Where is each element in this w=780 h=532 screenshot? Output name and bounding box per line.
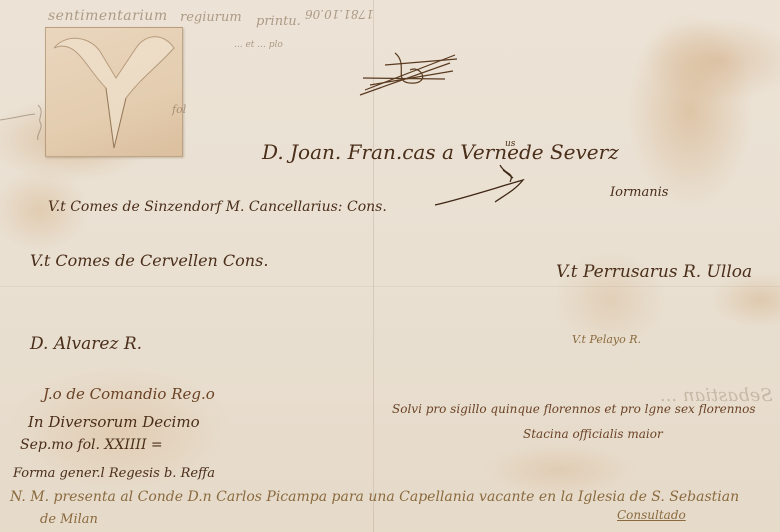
folio-mark: fol [172,103,186,116]
registry-line-3: Sep.mo fol. XXIIII = [20,437,163,453]
countersignature-alvarez: D. Alvarez R. [30,334,142,354]
registry-line-2: In Diversorum Decimo [28,413,200,431]
countersignature-pelayo: V.t Pelayo R. [572,333,641,346]
countersignature-iormanis: Iormanis [610,185,668,200]
summary-note-line-2: de Milan [40,512,98,527]
bleed-through-text: Ego ... Sebastian ... [660,385,780,406]
signature-superscript: us [505,139,515,149]
margin-flourish-icon [0,100,50,150]
fold-line-horizontal [0,286,780,287]
inverted-date: 1781.10.06 [305,7,374,21]
crossed-signature-icon [355,45,465,105]
header-line-2: regiurum [180,10,242,25]
aside-note: ... et ... plo [234,40,283,50]
registry-line-1: J.o de Comandio Reg.o [43,385,215,403]
countersignature-ulloa: V.t Perrusarus R. Ulloa [556,262,752,282]
paraph-flourish-icon [425,160,535,220]
header-line-3: printu. [256,14,301,29]
summary-note-line-1: N. M. presenta al Conde D.n Carlos Picam… [10,489,739,505]
summary-status: Consultado [617,508,686,522]
fee-note-line-2: Stacina officialis maior [523,427,663,441]
main-signature: D. Joan. Fran.cas a Vernede Severz [262,140,619,164]
manuscript-page: sentimentarium regiurum printu. 1781.10.… [0,0,780,532]
paper-seal [45,27,183,157]
header-line-1: sentimentarium [48,8,168,24]
countersignature-sinzendorf: V.t Comes de Sinzendorf M. Cancellarius:… [48,199,387,215]
seal-emboss-icon [46,28,182,156]
countersignature-cervellen: V.t Comes de Cervellen Cons. [30,251,268,270]
fold-line-vertical [373,0,374,532]
registry-line-4: Forma gener.l Regesis b. Reffa [13,466,215,481]
